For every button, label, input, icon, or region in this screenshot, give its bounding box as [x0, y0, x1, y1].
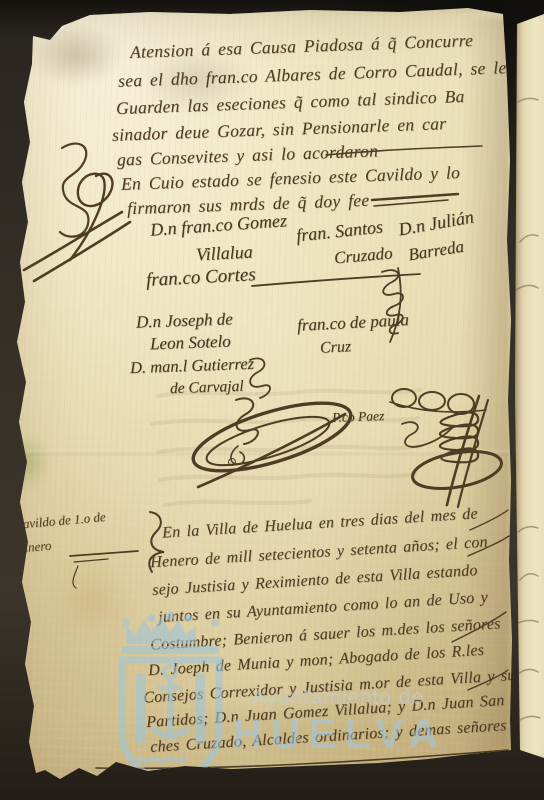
- margin-note-dashes: [70, 551, 138, 588]
- signature-pedro-paez: P.co Paez: [332, 409, 385, 424]
- manuscript-line: En Cuio estado se fenesio este Cavildo y…: [121, 164, 461, 193]
- signature-francisco-santos: fran. Santos: [295, 218, 383, 245]
- signature-francisco-de-paula: fran.co de paula: [297, 311, 410, 334]
- margin-note: Cavildo de 1.o de: [14, 510, 107, 531]
- doy-fee-dash: [374, 200, 448, 206]
- oval-ink-flourish: [186, 389, 357, 487]
- signature-de-carvajal: de Carvajal: [170, 379, 244, 397]
- cruzado-rubric-coil: [382, 268, 403, 342]
- stain: [0, 434, 50, 490]
- paper-crease: [24, 450, 510, 455]
- signature-cruzado: Cruzado: [333, 244, 393, 266]
- stain: [462, 18, 510, 750]
- signature-julian: D.n Julián: [397, 208, 475, 239]
- margin-note: Enero: [19, 539, 51, 555]
- signature-francisco-cortes: fran.co Cortes: [146, 265, 257, 290]
- stain: [28, 24, 123, 86]
- margin-rubric-flourish: [24, 144, 130, 281]
- manuscript-line: Guarden las eseciones q̃ como tal sindic…: [116, 88, 465, 118]
- cortes-rubric-stroke: [252, 274, 420, 286]
- signature-barreda: Barreda: [407, 238, 465, 264]
- signature-manuel-gutierrez: D. man.l Gutierrez: [130, 356, 255, 377]
- adjacent-page-ink-marks: [512, 14, 544, 758]
- manuscript-line: gas Consevites y asi lo acordaron: [117, 142, 379, 169]
- manuscript-line: sinador deue Gozar, sin Pensionarle en c…: [112, 115, 447, 144]
- doy-fee-dash: [372, 194, 458, 200]
- signature-villalua: Villalua: [196, 243, 254, 264]
- signature-leon-sotelo: Leon Sotelo: [150, 333, 231, 353]
- manuscript-line: Atension á esa Causa Piadosa á q̃ Concur…: [130, 32, 474, 61]
- manuscript-page: Atension á esa Causa Piadosa á q̃ Concur…: [0, 0, 544, 800]
- stain: [52, 556, 128, 642]
- signature-cruz: Cruz: [320, 339, 352, 357]
- adjacent-page-edge: [512, 14, 544, 758]
- photo-backdrop: Atension á esa Causa Piadosa á q̃ Concur…: [0, 0, 544, 800]
- paez-rubric-tangle: [390, 389, 504, 507]
- signature-joseph-de: D.n Joseph de: [136, 310, 233, 330]
